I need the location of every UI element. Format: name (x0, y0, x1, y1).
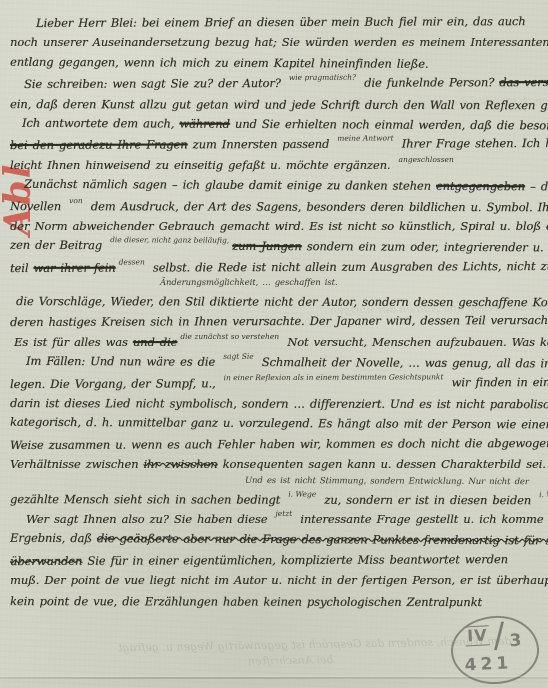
manuscript-text-block: Lieber Herr Blei: bei einem Brief an die… (10, 12, 544, 611)
handwritten-text: zen der Beitrag (10, 238, 107, 252)
handwritten-text: ein, daß deren Kunst allzu gut getan wir… (10, 97, 548, 112)
interlinear-insertion: die zunächst so verstehen (180, 327, 279, 347)
struck-text: die geäußerte aber nur die Frage des gan… (97, 531, 548, 548)
interlinear-insertion: i. Worte (539, 485, 548, 505)
handwritten-text: selbst. die Rede ist nicht allein zum Au… (148, 258, 548, 274)
handwritten-text: leicht Ihnen hinweisend zu einseitig gef… (10, 158, 390, 172)
interlinear-insertion: angeschlossen (399, 150, 454, 170)
handwritten-text: interessante Frage gestellt u. ich komme… (295, 512, 548, 526)
struck-text: das verschwindet (499, 75, 548, 89)
handwritten-text: teil (10, 261, 34, 275)
stamp-item-number: 421 (464, 653, 512, 675)
handwritten-text: darin ist dieses Lied nicht symbolisch, … (10, 396, 548, 411)
manuscript-line: Ich antwortete dem auch, während und Sie… (10, 113, 544, 136)
handwritten-text: zu, sondern er ist in diesen beiden (319, 492, 536, 506)
handwritten-text: die funkelnde Person? (359, 75, 499, 90)
manuscript-line: kein point de vue, die Erzählungen haben… (10, 591, 544, 613)
handwritten-text: Verhältnisse zwischen (10, 457, 143, 471)
manuscript-line: Zunächst nämlich sagen – ich glaube dami… (10, 174, 544, 197)
handwritten-text: Änderungsmöglichkeit, … geschaffen ist. (160, 278, 338, 288)
handwritten-text: muß. Der point de vue liegt nicht im Aut… (10, 573, 548, 587)
handwritten-text: dem Ausdruck, der Art des Sagens, besond… (86, 199, 548, 214)
manuscript-line: Ergebnis, daß die geäußerte aber nur die… (10, 528, 544, 551)
handwritten-text: Novellen (10, 199, 66, 213)
handwritten-text: Ihrer Frage stehen. Ich hatte dabei viel… (397, 136, 548, 151)
manuscript-line: kategorisch, d. h. unmittelbar ganz u. v… (10, 412, 544, 435)
handwritten-text: Im Fällen: Und nun wäre es die (26, 354, 220, 369)
bleed-through-line: bei Anschriften (248, 653, 334, 667)
manuscript-line: Wer sagt Ihnen also zu? Sie haben diese … (10, 509, 544, 529)
handwritten-text: die Vorschläge, Wieder, den Stil diktier… (16, 294, 548, 309)
manuscript-line: Und es ist nicht Stimmung, sondern Entwi… (10, 473, 544, 490)
handwritten-text: der Norm abweichender Gebrauch gemacht w… (10, 219, 548, 233)
manuscript-line: zen der Beitrag die dieser, nicht ganz b… (10, 235, 544, 258)
handwritten-text: Zunächst nämlich sagen – ich glaube dami… (24, 177, 436, 193)
handwritten-text: Not versucht, Menschen aufzubauen. Was k… (282, 335, 548, 349)
handwritten-text (390, 158, 395, 172)
interlinear-insertion: jetzt (275, 504, 292, 524)
handwritten-text: sondern ein zum oder, integrierender u. … (302, 239, 548, 255)
manuscript-line: noch unserer Auseinandersetzung bezug ha… (10, 32, 544, 52)
handwritten-text: noch unserer Auseinandersetzung bezug ha… (10, 35, 548, 49)
manuscript-line: Novellen von dem Ausdruck, der Art des S… (10, 196, 544, 218)
handwritten-text: Weise zusammen u. wenn es auch Fehler ha… (10, 436, 548, 452)
struck-text: und die (133, 335, 177, 349)
handwritten-text: entlang gegangen, wenn ich mich zu einem… (10, 54, 429, 70)
manuscript-line: legen. Die Vorgang, der Sumpf, u., in ei… (10, 372, 544, 394)
manuscript-line: leicht Ihnen hinweisend zu einseitig gef… (10, 155, 544, 175)
manuscript-line: Verhältnisse zwischen ihr zwischen konse… (10, 454, 544, 474)
handwritten-text: kein point de vue, die Erzählungen haben… (10, 594, 482, 609)
handwritten-text: gezählte Mensch sieht sich in sachen bed… (10, 492, 285, 507)
handwritten-text: Ich antwortete dem auch, (22, 116, 179, 131)
handwritten-text: Es ist für alles was (14, 335, 133, 349)
handwritten-text: Wer sagt Ihnen also zu? Sie haben diese (26, 512, 272, 526)
stamp-slash: / (492, 617, 505, 654)
manuscript-line: der Norm abweichender Gebrauch gemacht w… (10, 216, 544, 236)
interlinear-insertion: in einer Reflexion als in einem bestimmt… (224, 367, 444, 388)
interlinear-insertion: die dieser, nicht ganz beiläufig, (110, 230, 229, 251)
manuscript-line: Änderungsmöglichkeit, … geschaffen ist. (10, 277, 544, 291)
handwritten-text: – daß in den (525, 179, 548, 193)
stamp-roman-numeral: IV (465, 625, 490, 646)
interlinear-insertion: i. Wege (288, 484, 316, 504)
struck-text: war ihrer fein (33, 260, 115, 274)
manuscript-line: entlang gegangen, wenn ich mich zu einem… (10, 51, 544, 74)
interlinear-insertion: von (69, 191, 83, 211)
handwritten-text: Ergebnis, daß (10, 531, 97, 545)
manuscript-line: Lieber Herr Blei: bei einem Brief an die… (10, 11, 544, 33)
manuscript-line: muß. Der point de vue liegt nicht im Aut… (10, 570, 544, 590)
manuscript-line: Es ist für alles was und diedie zunächst… (10, 332, 544, 352)
interlinear-insertion: sagt Sie (223, 347, 254, 368)
stamp-group-number: 3 (509, 631, 522, 652)
handwritten-text: kategorisch, d. h. unmittelbar ganz u. v… (10, 415, 548, 432)
handwritten-text: wir finden in einer gelben Verkürzung wi… (446, 373, 548, 389)
manuscript-page: Abl Lieber Herr Blei: bei einem Brief an… (0, 0, 548, 688)
struck-text: bei den geradezu Ihre Fragen (10, 138, 188, 153)
struck-text: ihr zwischen (143, 457, 217, 471)
interlinear-insertion: meine Antwort (337, 129, 393, 150)
struck-text: während (179, 116, 230, 130)
archive-stamp: IV / 3 421 (449, 614, 540, 687)
struck-text: zum Jungen (232, 239, 302, 253)
handwritten-text: Lieber Herr Blei: bei einem Brief an die… (36, 14, 526, 30)
handwritten-text: Sie schreiben: wen sagt Sie zu? der Auto… (24, 76, 286, 91)
struck-text: überwunden (10, 554, 82, 568)
manuscript-line: Sie schreiben: wen sagt Sie zu? der Auto… (10, 72, 544, 94)
handwritten-text: Sie für in einer eigentümlichen, kompliz… (82, 552, 508, 568)
interlinear-insertion: wie pragmatisch? (289, 68, 356, 89)
manuscript-line: ein, daß deren Kunst allzu gut getan wir… (10, 94, 544, 116)
handwritten-text: zum Innersten passend (188, 137, 335, 152)
manuscript-line: bei den geradezu Ihre Fragen zum Innerst… (10, 133, 544, 155)
struck-text: entgegengeben (436, 179, 525, 193)
manuscript-line: überwunden Sie für in einer eigentümlich… (10, 549, 544, 571)
interlinear-insertion: dessen (119, 252, 145, 273)
handwritten-text: konsequenten sagen kann u. dessen Charak… (218, 457, 546, 471)
manuscript-line: teil war ihrer feindessen selbst. die Re… (10, 256, 544, 278)
manuscript-line: Weise zusammen u. wenn es auch Fehler ha… (10, 433, 544, 455)
handwritten-text: legen. Die Vorgang, der Sumpf, u., (10, 376, 221, 391)
